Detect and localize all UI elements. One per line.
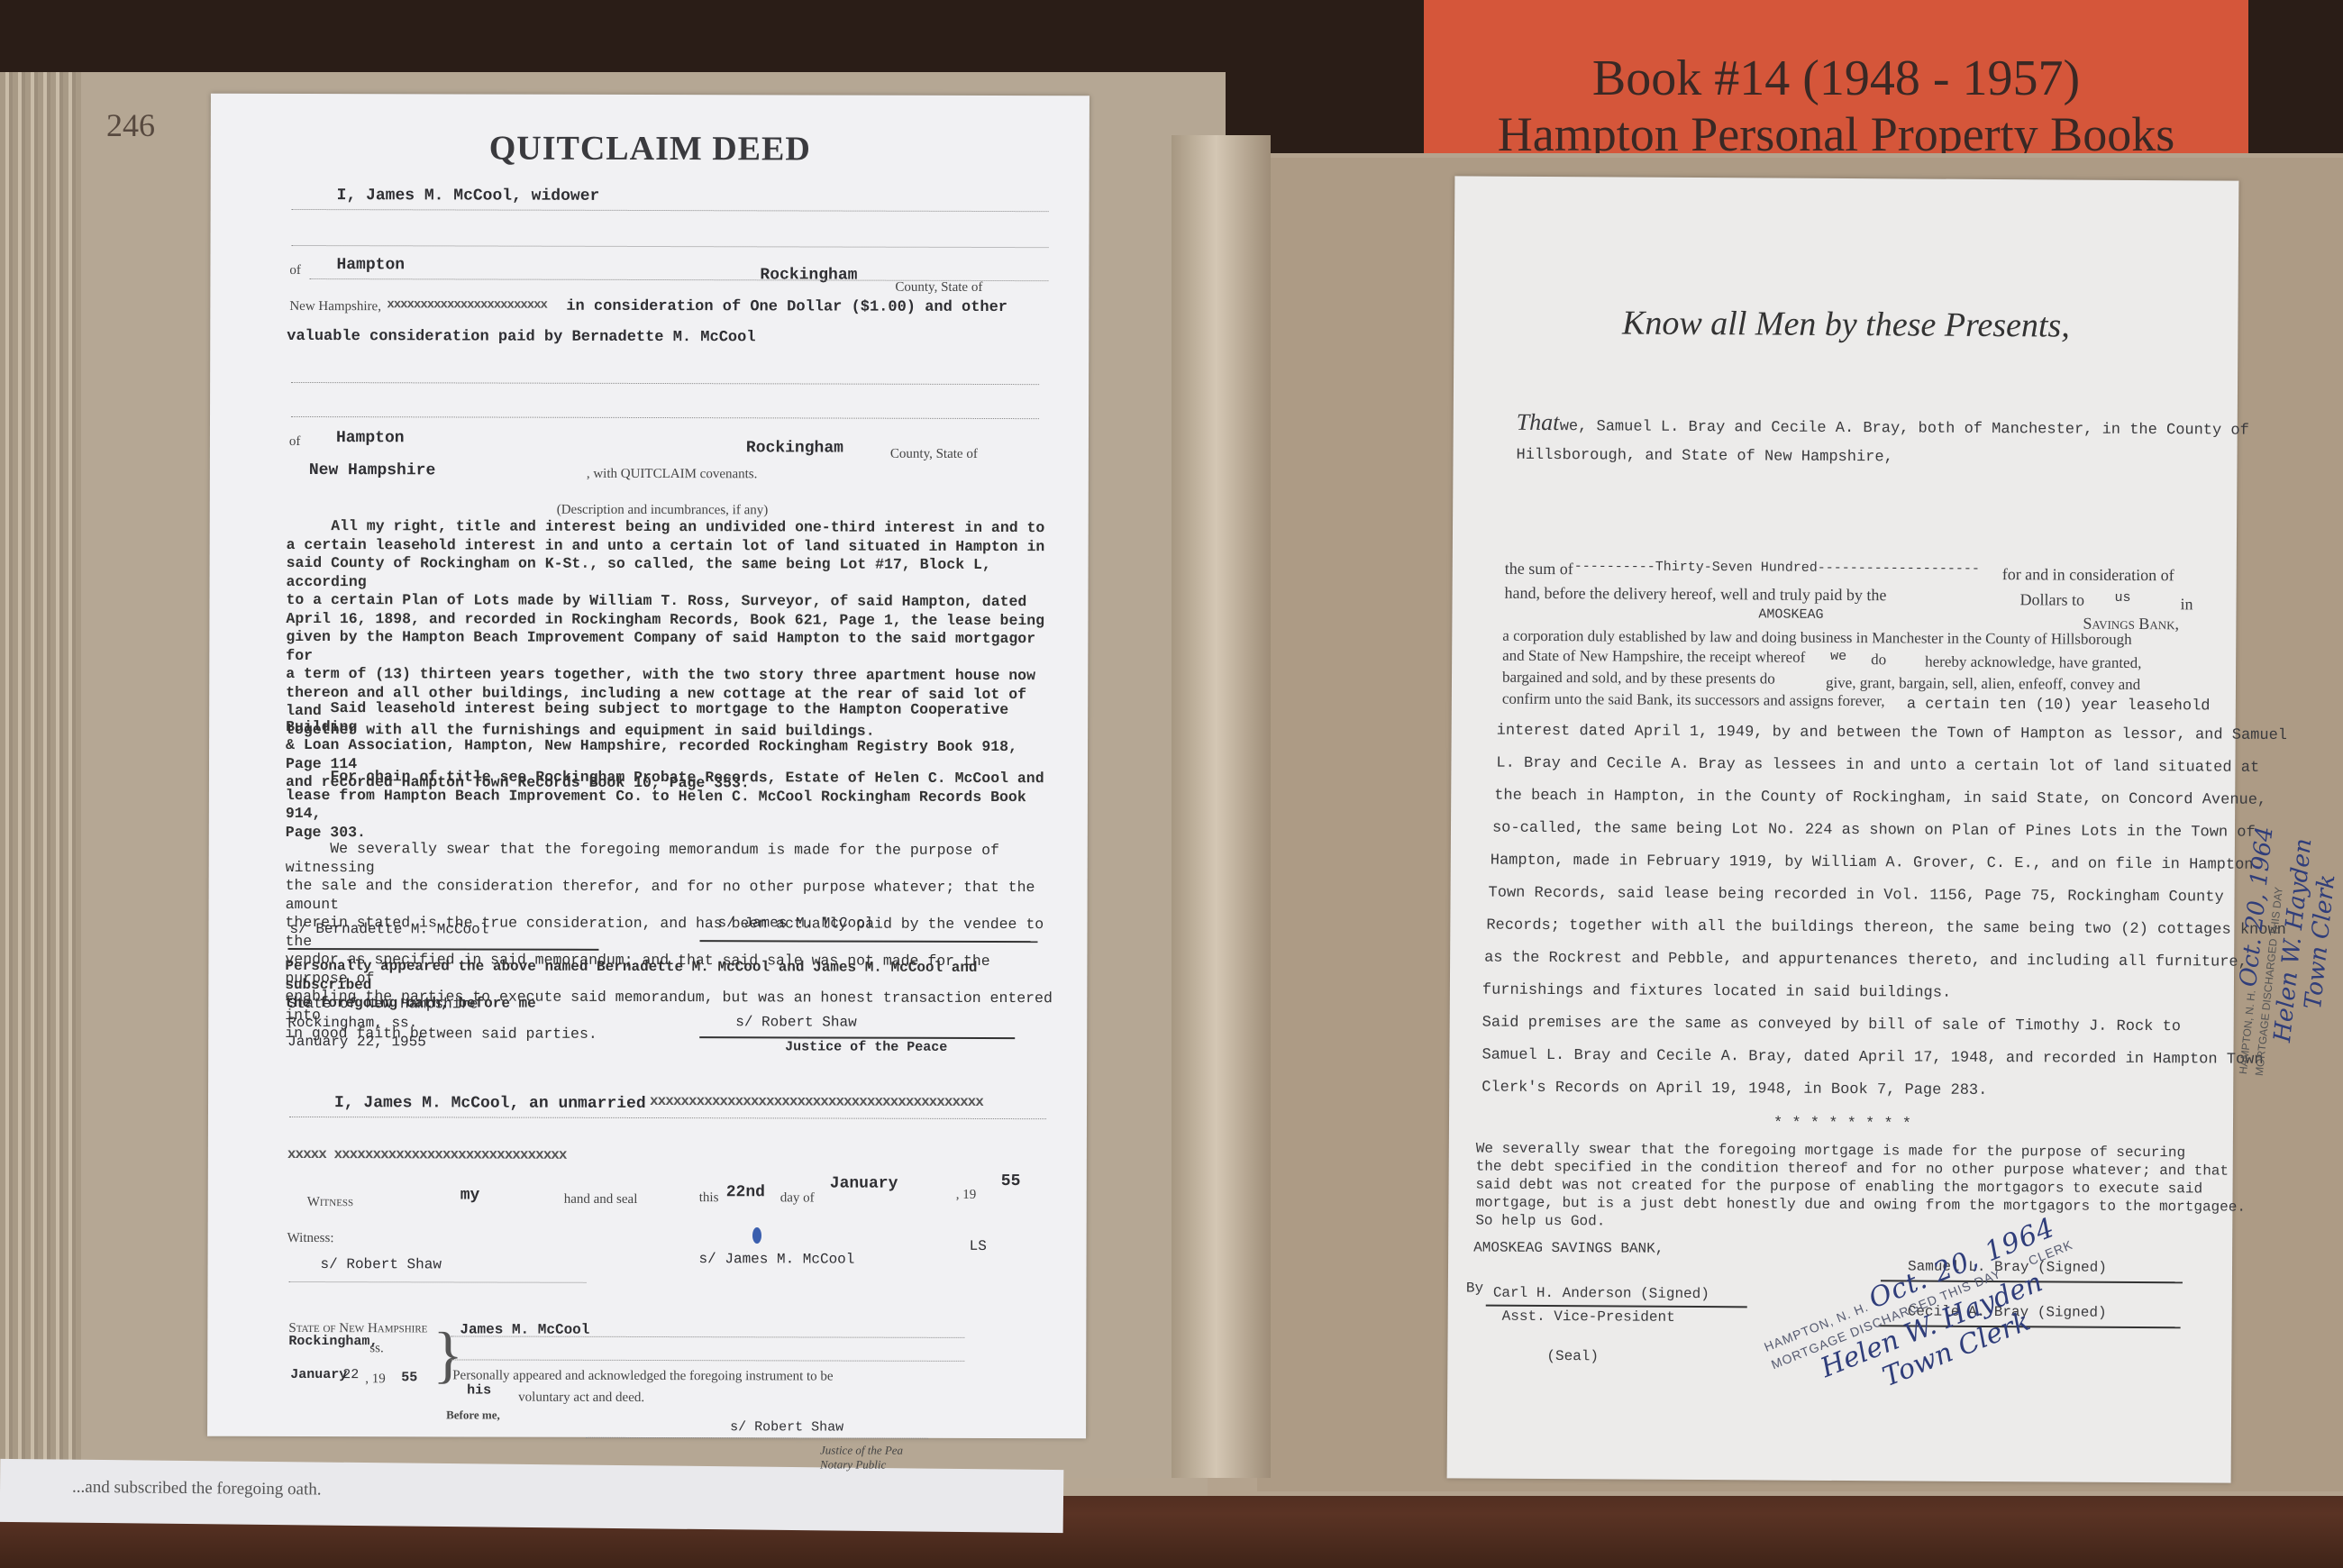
sum-of-label: the sum of: [1505, 560, 1573, 579]
body-line: furnishings and fixtures located in said…: [1482, 982, 1951, 1002]
ack-day: 22: [342, 1367, 359, 1382]
intro-line-2: Hillsborough, and State of New Hampshire…: [1516, 447, 1892, 467]
mortgage-document: Know all Men by these Presents, That we,…: [1447, 176, 2239, 1482]
ack-text: Personally appeared and acknowledged the…: [452, 1368, 833, 1384]
venue-block: State of New Hampshire Rockingham, ss. J…: [287, 995, 478, 1053]
body-line: Said premises are the same as conveyed b…: [1482, 1015, 2181, 1036]
bargained-line: bargained and sold, and by these present…: [1502, 669, 1775, 688]
in-label: in: [2180, 595, 2193, 614]
witness-colon-label: Witness:: [287, 1231, 334, 1246]
oath-line: mortgage, but is a just debt honestly du…: [1475, 1195, 2246, 1216]
mortgage-heading: Know all Men by these Presents,: [1454, 302, 2238, 346]
grantor-county: Rockingham: [760, 266, 857, 284]
body-line: so-called, the same being Lot No. 224 as…: [1492, 820, 2256, 842]
release-struck: xxxxxxxxxxxxxxxxxxxxxxxxxxxxxxxxxxxxxxxx…: [650, 1093, 983, 1110]
release-line: I, James M. McCool, an unmarried: [334, 1094, 646, 1113]
placard-title: Book #14 (1948 - 1957): [1424, 50, 2248, 107]
rule: [291, 382, 1039, 385]
separator: * * * * * * * *: [1773, 1116, 1911, 1134]
before-me: Before me,: [446, 1408, 500, 1422]
county-state-label-2: County, State of: [890, 447, 978, 462]
day-of-label: day of: [780, 1190, 815, 1206]
hand-line: hand, before the delivery hereof, well a…: [1505, 584, 1887, 606]
page-number: 246: [106, 106, 155, 144]
venue-date: January 22, 1955: [287, 1033, 478, 1053]
signature-shaw: s/ Robert Shaw: [735, 1014, 856, 1030]
body-line: Records; together with all the buildings…: [1486, 917, 2286, 939]
rule: [292, 209, 1049, 212]
body-line: L. Bray and Cecile A. Bray as lessees in…: [1496, 755, 2259, 777]
rule: [291, 416, 1039, 419]
rule: [292, 245, 1049, 248]
signature-bernadette: s/ Bernadette M. McCool: [290, 921, 489, 938]
grantee-state: New Hampshire: [309, 461, 435, 479]
oath-line: said debt was not created for the purpos…: [1476, 1177, 2203, 1198]
consideration-line-2: valuable consideration paid by Bernadett…: [287, 328, 755, 346]
grantor-signature: s/ James M. McCool: [699, 1251, 855, 1267]
hand-seal-label: hand and seal: [564, 1192, 638, 1208]
of-label-2: of: [289, 434, 301, 450]
receipt-do: do: [1871, 651, 1886, 669]
description-label: (Description and incumbrances, if any): [557, 503, 769, 519]
witness-year: 55: [1001, 1172, 1021, 1190]
state-printed: New Hampshire,: [289, 299, 381, 315]
rule: [309, 278, 1048, 281]
rule: [288, 1281, 586, 1283]
chain-of-title-paragraph: For chain of title see Rockingham Probat…: [286, 768, 1061, 843]
ack-pronoun: his: [467, 1382, 491, 1398]
release-struck-2: xxxxx xxxxxxxxxxxxxxxxxxxxxxxxxxxxxx: [287, 1146, 567, 1163]
justice-label: Justice of the Peace: [785, 1039, 947, 1054]
witness-pronoun: my: [460, 1186, 480, 1204]
witness-day: 22nd: [726, 1183, 765, 1201]
receipt-who: we: [1830, 649, 1846, 664]
book-gutter: [1171, 135, 1271, 1478]
covenants-label: , with QUITCLAIM covenants.: [587, 467, 758, 482]
body-line: Clerk's Records on April 19, 1948, in Bo…: [1481, 1080, 1987, 1099]
ack-ss: ss.: [369, 1341, 383, 1356]
to-whom: us: [2115, 590, 2131, 606]
ack-title-2: Notary Public: [820, 1458, 886, 1472]
that-label: That: [1517, 409, 1560, 436]
ack-month: January: [290, 1367, 347, 1382]
witness-label: Witness: [307, 1195, 353, 1210]
grantor-line: I, James M. McCool, widower: [337, 187, 600, 205]
body-line: the beach in Hampton, in the County of R…: [1494, 788, 2266, 809]
receipt-line: and State of New Hampshire, the receipt …: [1502, 647, 1805, 667]
venue-state: State of New Hampshire: [287, 995, 478, 1015]
struck-text: xxxxxxxxxxxxxxxxxxxxxxxx: [387, 297, 547, 312]
body-line: as the Rockrest and Pebble, and appurten…: [1484, 950, 2247, 971]
ack-title-1: Justice of the Pea: [820, 1444, 903, 1458]
confirm-line: confirm unto the said Bank, its successo…: [1502, 690, 1885, 711]
body-line: Samuel L. Bray and Cecile A. Bray, dated…: [1481, 1047, 2263, 1069]
body-line: Hampton, made in February 1919, by Willi…: [1491, 852, 2254, 874]
under-sheet: ...and subscribed the foregoing oath.: [0, 1459, 1063, 1533]
bank-signer: Carl H. Anderson (Signed): [1493, 1285, 1709, 1302]
ack-year: 55: [401, 1370, 417, 1385]
quitclaim-deed: QUITCLAIM DEED I, James M. McCool, widow…: [207, 94, 1089, 1439]
page-stack-edge: [0, 72, 81, 1460]
grantee-county: Rockingham: [746, 439, 843, 457]
rule: [451, 1359, 964, 1361]
body-line: a certain ten (10) year leasehold: [1907, 696, 2211, 715]
book-placard: Book #14 (1948 - 1957) Hampton Personal …: [1424, 0, 2248, 171]
signature-line: [1486, 1305, 1747, 1308]
ack-text-2: voluntary act and deed.: [518, 1390, 644, 1406]
this-label: this: [699, 1190, 719, 1206]
under-sheet-text: ...and subscribed the foregoing oath.: [72, 1478, 322, 1500]
body-line: Town Records, said lease being recorded …: [1489, 885, 2224, 907]
of-label: of: [289, 263, 301, 278]
grantee-town: Hampton: [336, 429, 405, 447]
oath-line: the debt specified in the condition ther…: [1476, 1159, 2229, 1180]
oath-line: So help us God.: [1475, 1213, 1605, 1230]
by-label: By: [1466, 1280, 1483, 1296]
venue-county: Rockingham, ss.: [287, 1014, 478, 1034]
bank-name: AMOSKEAG: [1758, 606, 1823, 622]
century-label: , 19: [956, 1188, 977, 1203]
ack-county: Rockingham,: [288, 1334, 378, 1349]
consideration-label: for and in consideration of: [2002, 565, 2174, 585]
deed-title: QUITCLAIM DEED: [211, 128, 1089, 170]
corp-line: a corporation duly established by law an…: [1502, 627, 2131, 649]
rule: [289, 1117, 1046, 1119]
bank-signer-title: Asst. Vice-President: [1502, 1308, 1675, 1326]
signature-james: s/ James M. McCool: [718, 915, 874, 931]
grantor-town: Hampton: [336, 256, 405, 274]
witness-signature: s/ Robert Shaw: [321, 1256, 442, 1272]
ack-century: , 19: [365, 1372, 386, 1387]
dollars-to-label: Dollars to: [2019, 590, 2084, 609]
body-line: interest dated April 1, 1949, by and bet…: [1497, 723, 2287, 744]
county-state-label: County, State of: [895, 280, 982, 296]
acknowledge-label: hereby acknowledge, have granted,: [1925, 653, 2141, 672]
give-grant-line: give, grant, bargain, sell, alien, enfeo…: [1826, 674, 2140, 694]
intro-line-1: we, Samuel L. Bray and Cecile A. Bray, b…: [1560, 418, 2249, 440]
oath-line: We severally swear that the foregoing mo…: [1476, 1141, 2185, 1162]
ls-label: LS: [970, 1238, 987, 1254]
witness-month: January: [830, 1175, 898, 1193]
sum-amount: ----------Thirty-Seven Hundred----------…: [1574, 559, 1980, 577]
consideration-line: in consideration of One Dollar ($1.00) a…: [566, 298, 1007, 316]
seal-label: (Seal): [1546, 1348, 1599, 1364]
ink-blot: [752, 1227, 761, 1244]
bank-signature-label: AMOSKEAG SAVINGS BANK,: [1473, 1240, 1664, 1257]
ack-signature: s/ Robert Shaw: [730, 1419, 843, 1435]
